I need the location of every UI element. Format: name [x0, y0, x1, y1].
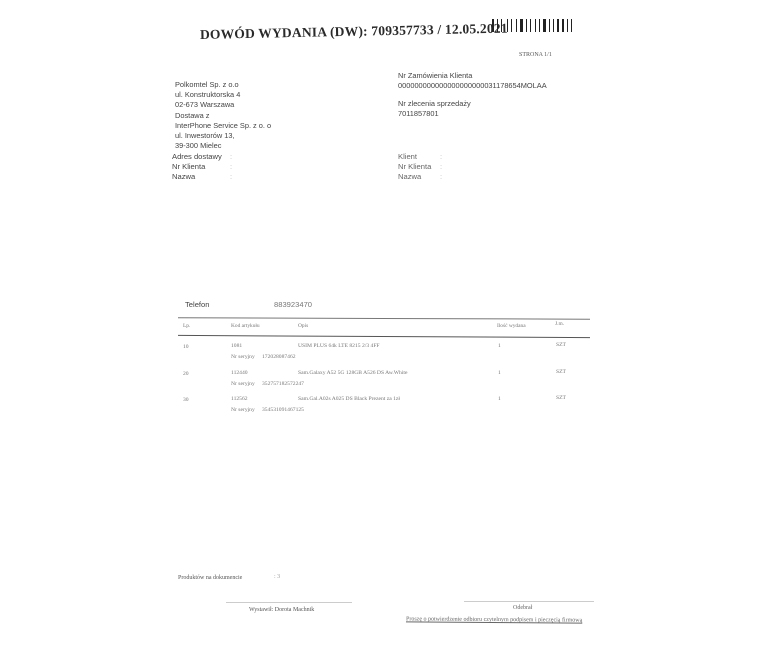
- sender-line: 39-300 Mielec: [175, 141, 271, 151]
- sender-line: ul. Inwestorów 13,: [175, 131, 271, 141]
- client-number-label: Nr Klienta: [398, 162, 440, 172]
- row-description: USIM PLUS 64k LTE 8215 2/3 4FF: [298, 343, 380, 349]
- barcode-icon: [492, 19, 572, 32]
- receiver-signature-line: [464, 601, 594, 602]
- customer-order-label: Nr Zamówienia Klienta: [398, 71, 547, 81]
- serial-label: Nr seryjny: [231, 354, 255, 360]
- products-count-label: Produktów na dokumencie: [178, 575, 242, 581]
- header-lp: Lp.: [183, 323, 190, 329]
- row-lp: 10: [183, 344, 189, 350]
- serial-number: 352757182572247: [262, 381, 304, 387]
- sender-address: Polkomtel Sp. z o.o ul. Konstruktorska 4…: [175, 80, 271, 151]
- row-quantity: 1: [498, 343, 501, 349]
- name-label: Nazwa: [172, 172, 230, 182]
- row-code: 112440: [231, 370, 248, 376]
- row-quantity: 1: [498, 396, 501, 402]
- table-top-rule: [178, 317, 590, 319]
- delivery-address-label: Adres dostawy: [172, 152, 230, 162]
- header-unit: J.m.: [555, 321, 564, 327]
- row-unit: SZT: [556, 395, 566, 401]
- header-desc: Opis: [298, 323, 308, 329]
- sales-order-label: Nr zlecenia sprzedaży: [398, 99, 547, 109]
- confirmation-request: Proszę o potwierdzenie odbioru czytelnym…: [406, 616, 582, 623]
- row-unit: SZT: [556, 369, 566, 375]
- table-header-rule: [178, 335, 590, 338]
- row-code: 112562: [231, 396, 248, 402]
- phone-value: 883923470: [274, 300, 312, 309]
- client-label: Klient: [398, 152, 440, 162]
- row-lp: 20: [183, 371, 189, 377]
- serial-number: 172028087462: [262, 354, 296, 360]
- sales-order-value: 7011857801: [398, 109, 547, 119]
- serial-label: Nr seryjny: [231, 407, 255, 413]
- order-info: Nr Zamówienia Klienta 000000000000000000…: [398, 71, 547, 127]
- phone-label: Telefon: [185, 300, 210, 309]
- serial-label: Nr seryjny: [231, 381, 255, 387]
- row-quantity: 1: [498, 370, 501, 376]
- issued-by: Wystawił: Dorota Machnik: [249, 607, 314, 613]
- row-description: Sam.Galaxy A52 5G 128GB A526 DS Aw.White: [298, 370, 407, 376]
- sender-line: InterPhone Service Sp. z o. o: [175, 121, 271, 131]
- row-lp: 30: [183, 397, 189, 403]
- issuer-signature-line: [226, 602, 352, 603]
- row-description: Sam.Gal.A02s A025 DS Black Prezent za 1z…: [298, 396, 400, 402]
- page-number: STRONA 1/1: [519, 52, 552, 58]
- sender-line: Polkomtel Sp. z o.o: [175, 80, 271, 90]
- header-qty: Ilość wydana: [497, 323, 526, 329]
- row-unit: SZT: [556, 342, 566, 348]
- document-title: DOWÓD WYDANIA (DW): 709357733 / 12.05.20…: [200, 21, 508, 43]
- client-block: Klient: Nr Klienta: Nazwa:: [398, 152, 442, 182]
- sender-line: Dostawa z: [175, 111, 271, 121]
- serial-number: 354531091467125: [262, 407, 304, 413]
- sender-line: ul. Konstruktorska 4: [175, 90, 271, 100]
- delivery-address-block: Adres dostawy: Nr Klienta: Nazwa:: [172, 152, 232, 182]
- receiver-label: Odebrał: [513, 605, 532, 611]
- name-label: Nazwa: [398, 172, 440, 182]
- products-count-value: : 3: [274, 574, 280, 580]
- header-code: Kod artykułu: [231, 323, 260, 329]
- row-code: 1081: [231, 343, 242, 349]
- sender-line: 02-673 Warszawa: [175, 100, 271, 110]
- client-number-label: Nr Klienta: [172, 162, 230, 172]
- customer-order-value: 000000000000000000000031178654MOLAA: [398, 81, 547, 91]
